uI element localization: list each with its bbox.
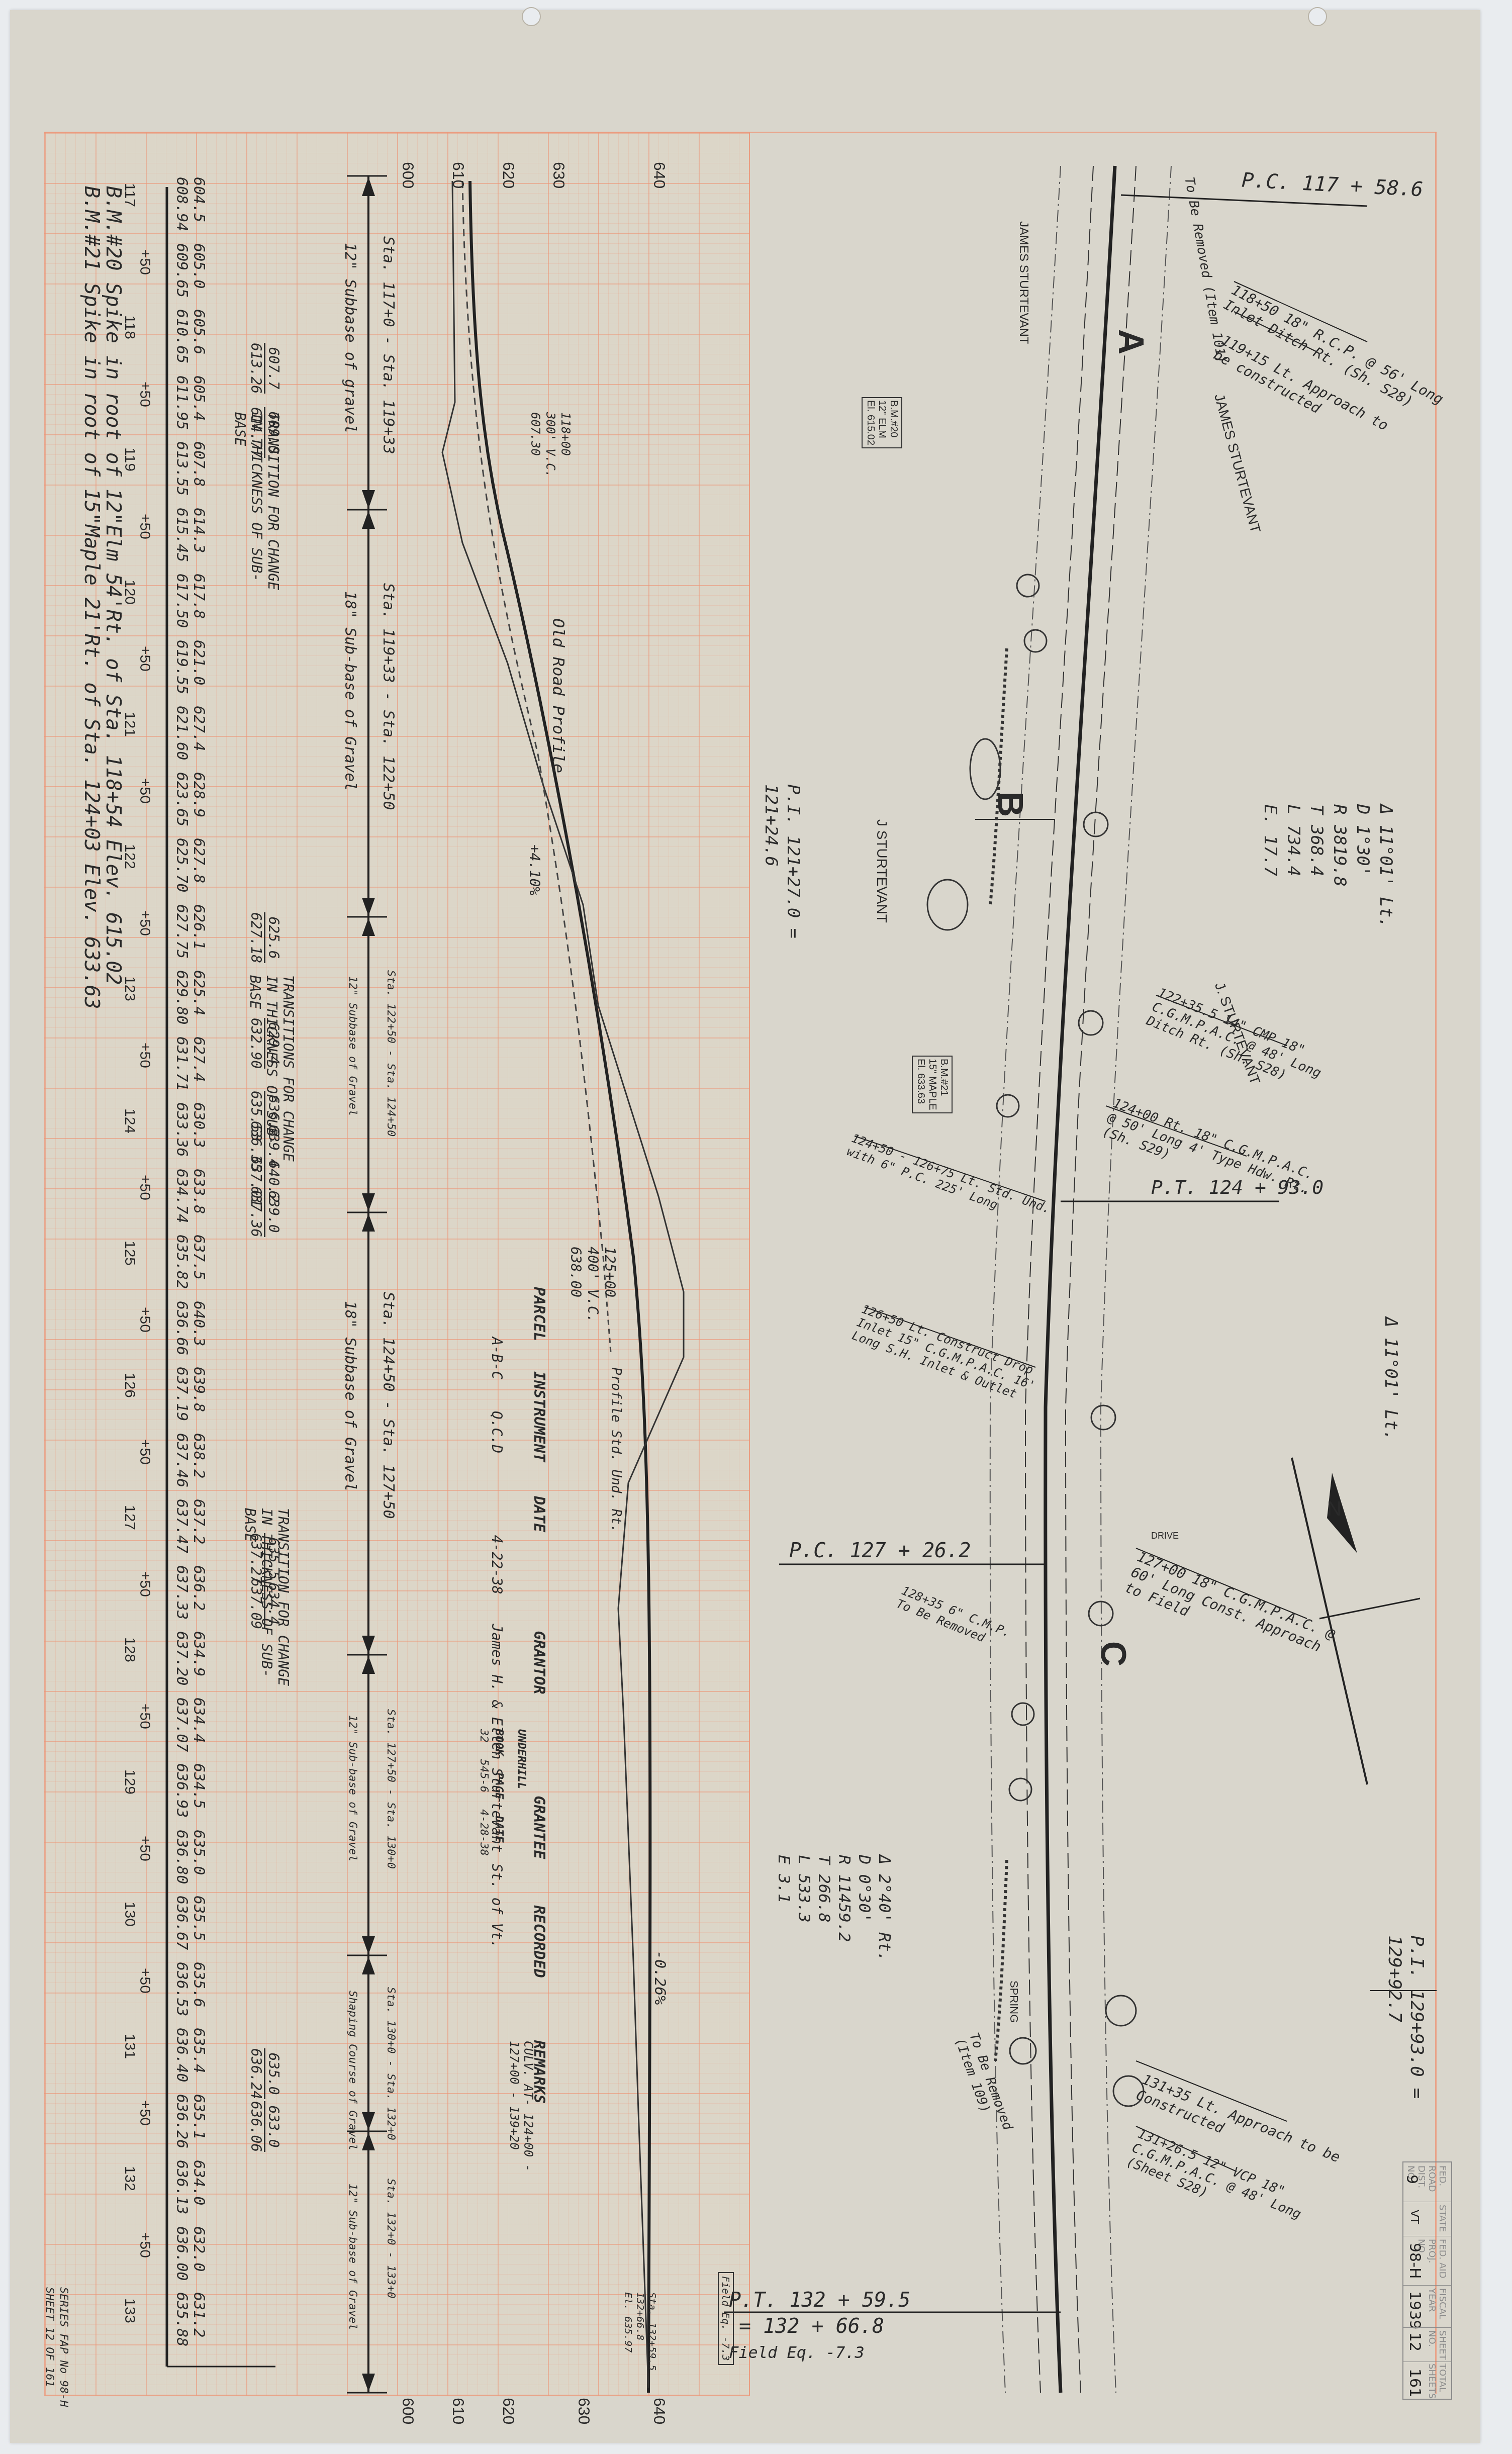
header-grantor: GRANTOR [530, 1631, 548, 1786]
ground-elevation: 639.8 [190, 1367, 207, 1421]
station-label: 120 [121, 580, 138, 605]
tb-value: 1939 [1406, 2291, 1424, 2329]
ground-elevation: 634.9 [190, 1631, 207, 1685]
station-label: +50 [136, 249, 153, 275]
pi-1-label: P.I. 121+27.0 = 121+24.6 [760, 784, 804, 938]
transition-elevation: 639.0637.36 [248, 1186, 281, 1237]
subbase-range: Sta. 127+50 - Sta. 130+0 [385, 1709, 397, 1869]
tb-label: STATE [1437, 2205, 1448, 2232]
grade-elevation: 608.94 [173, 177, 190, 231]
grade-elevation: 636.53 [173, 1962, 190, 2016]
elevation-pair: 635.6636.53 [173, 1962, 207, 2016]
tb-value: 98-H [1406, 2243, 1424, 2279]
station-label: +50 [136, 2100, 153, 2126]
elevation-pair: 607.8613.55 [173, 441, 207, 496]
grade-elevation: 613.55 [173, 441, 190, 496]
ground-elevation: 627.4 [190, 1036, 207, 1091]
station-label: 118 [121, 315, 138, 339]
station-label: 126 [121, 1373, 138, 1398]
subbase-description: 12" Subbase of gravel [341, 243, 359, 433]
grade-elevation: 609.65 [173, 243, 190, 298]
station-label: +50 [136, 1043, 153, 1068]
station-label: 127 [121, 1505, 138, 1530]
elevation-pair: 633.8634.74 [173, 1169, 207, 1223]
axis-tick-label: 610 [449, 2398, 467, 2424]
ground-elevation: 635.4 [190, 2028, 207, 2082]
ground-elevation: 635.6 [190, 1962, 207, 2016]
elevation-pair: 605.4611.95 [173, 375, 207, 430]
tb-value: VT [1408, 2210, 1421, 2224]
elevation-pair: 625.4629.80 [173, 970, 207, 1024]
station-label: 125 [121, 1241, 138, 1266]
transition-note: TRANSITION FOR CHANGE IN THICKNESS OF SU… [232, 412, 281, 593]
grade-elevation: 619.55 [173, 640, 190, 694]
transition-note: TRANSITION FOR CHANGE IN THICKNESS OF SU… [242, 1508, 292, 1689]
elevation-pair: 614.3615.45 [173, 508, 207, 562]
ground-elevation: 631.2 [190, 2292, 207, 2346]
station-label: 133 [121, 2298, 138, 2323]
grade-elevation: 636.13 [173, 2160, 190, 2214]
subbase-range: Sta. 132+0 - 133+0 [385, 2179, 397, 2298]
ground-elevation: 607.8 [190, 441, 207, 496]
station-label: 129 [121, 1769, 138, 1795]
vpi-2-label: 125+00 400' V.C. 638.00 [567, 1247, 618, 1323]
elevation-pair: 627.8625.70 [173, 838, 207, 892]
elevation-pair: 628.9623.65 [173, 772, 207, 826]
station-label: 117 [121, 183, 138, 207]
elevation-pair: 632.0636.00 [173, 2226, 207, 2281]
elevation-pair: 626.1627.75 [173, 904, 207, 959]
elevation-pair: 634.5636.93 [173, 1763, 207, 1818]
ground-elevation: 614.3 [190, 508, 207, 562]
ground-elevation: 637.5 [190, 1235, 207, 1289]
header-grantee: GRANTEE [530, 1796, 548, 1896]
tb-label: FISCAL YEAR [1427, 2288, 1448, 2323]
subbase-range: Sta. 124+50 - Sta. 127+50 [380, 1292, 397, 1519]
elevation-pair: 605.6610.65 [173, 309, 207, 363]
transition-elevation: 635.0636.24 [248, 2048, 281, 2099]
elevation-pair: 630.3633.36 [173, 1102, 207, 1157]
ground-elevation: 638.2 [190, 1433, 207, 1487]
end-station-note: Sta. 132+59.5 132+66.8 El. 635.97 [622, 2292, 658, 2371]
ground-elevation: 628.9 [190, 772, 207, 826]
station-label: +50 [136, 910, 153, 936]
subbase-description: 12" Sub-base of Gravel [346, 1715, 359, 1861]
station-label: 132 [121, 2166, 138, 2191]
grade-elevation: 631.71 [173, 1036, 190, 1091]
header-recorded: RECORDED [530, 1905, 548, 2031]
subbase-description: 12" Subbase of Gravel [346, 976, 359, 1116]
grade-elevation: 635.82 [173, 1235, 190, 1289]
axis-tick-label: 620 [499, 2398, 518, 2424]
recorded-row: 32 545-6 4-28-38 [478, 1729, 490, 1856]
parcel-letter-a: A [1111, 329, 1151, 355]
tb-label: TOTAL SHEETS [1427, 2364, 1448, 2399]
station-label: +50 [136, 514, 153, 539]
subbase-range: Sta. 122+50 - Sta. 124+50 [385, 970, 397, 1137]
transition-elevation: 607.7613.26 [248, 343, 281, 394]
grade-elevation: 637.33 [173, 1565, 190, 1620]
grade-elevation: 636.00 [173, 2226, 190, 2281]
transition-note: TRANSITIONS FOR CHANGE IN THICKNESS OF S… [247, 975, 297, 1176]
elevation-pair: 634.0636.13 [173, 2160, 207, 2214]
ground-elevation: 637.2 [190, 1499, 207, 1553]
elevation-pair: 627.4631.71 [173, 1036, 207, 1091]
station-label: +50 [136, 382, 153, 407]
ground-elevation: 636.2 [190, 1565, 207, 1620]
station-label: +50 [136, 1439, 153, 1465]
station-label: 128 [121, 1637, 138, 1662]
recorded-subheader: UNDERHILL [515, 1729, 528, 1789]
elevation-pair: 635.5636.67 [173, 1896, 207, 1950]
elevation-pair: 635.4636.40 [173, 2028, 207, 2082]
ground-elevation: 625.4 [190, 970, 207, 1024]
vpi-1-label: 118+00 300' V.C. 607.30 [528, 412, 573, 478]
ground-elevation: 635.5 [190, 1896, 207, 1950]
station-label: 123 [121, 976, 138, 1001]
grade-elevation: 637.46 [173, 1433, 190, 1487]
ground-elevation: 634.0 [190, 2160, 207, 2214]
station-label: 121 [121, 712, 138, 737]
ground-elevation: 640.3 [190, 1301, 207, 1355]
elevation-pair: 634.9637.20 [173, 1631, 207, 1685]
transition-elevation: 633.0636.06 [248, 2101, 281, 2152]
title-block: FED. ROAD DIST. NO. 9 STATE VT FED. AID … [1402, 2161, 1452, 2400]
elevation-pair: 637.2637.47 [173, 1499, 207, 1553]
elevation-pair: 636.2637.33 [173, 1565, 207, 1620]
subbase-range: Sta. 130+0 - Sta. 132+0 [385, 1987, 397, 2140]
axis-tick-label: 640 [650, 162, 669, 188]
grade-elevation: 633.36 [173, 1102, 190, 1157]
axis-tick-label: 600 [399, 162, 417, 188]
grade-elevation: 615.45 [173, 508, 190, 562]
grade-elevation: 617.50 [173, 574, 190, 628]
grade-elevation: 636.40 [173, 2028, 190, 2082]
grade-elevation: 629.80 [173, 970, 190, 1024]
axis-tick-label: 640 [650, 2398, 669, 2424]
ground-elevation: 605.6 [190, 309, 207, 363]
station-label: 130 [121, 1902, 138, 1927]
grade-elevation: 636.80 [173, 1830, 190, 1884]
elevation-pair: 639.8637.19 [173, 1367, 207, 1421]
axis-tick-label: 630 [575, 2398, 593, 2424]
tb-label: FED. ROAD DIST. NO. [1405, 2165, 1448, 2206]
elevation-pair: 621.0619.55 [173, 640, 207, 694]
grade-elevation: 621.60 [173, 706, 190, 760]
parcel-table: PARCEL INSTRUMENT DATE GRANTOR GRANTEE R… [530, 1287, 548, 2104]
station-label: +50 [136, 1307, 153, 1333]
curve-1-data: Δ 11°01' Lt. [1379, 1317, 1402, 1441]
grade-elevation: 637.07 [173, 1697, 190, 1752]
bm-box-21: B.M.#21 15" MAPLE El. 633.63 [912, 1056, 953, 1113]
profile-std-und-label: Profile Std. Und. Rt. [608, 1367, 623, 1533]
ground-elevation: 605.0 [190, 243, 207, 298]
bm-box-20: B.M.#20 12" ELM El. 615.02 [862, 397, 902, 448]
ground-elevation: 633.8 [190, 1169, 207, 1223]
grade-elevation: 637.20 [173, 1631, 190, 1685]
station-label: +50 [136, 1968, 153, 1994]
station-label: +50 [136, 1571, 153, 1597]
ground-elevation: 627.4 [190, 706, 207, 760]
subbase-range: Sta. 117+0 - Sta. 119+33 [380, 236, 397, 454]
ground-elevation: 630.3 [190, 1102, 207, 1157]
subbase-description: Shaping Course of Gravel [346, 1991, 359, 2150]
tb-value: 9 [1403, 2175, 1421, 2184]
grade-label-2: -0.26% [651, 1950, 669, 2005]
grade-elevation: 636.67 [173, 1896, 190, 1950]
axis-tick-label: 600 [399, 2398, 417, 2424]
drive-label: DRIVE [1151, 1531, 1179, 1541]
grade-elevation: 627.75 [173, 904, 190, 959]
header-instrument: INSTRUMENT [530, 1371, 548, 1487]
grade-elevation: 635.88 [173, 2292, 190, 2346]
ground-elevation: 626.1 [190, 904, 207, 959]
elevation-pair: 635.1636.26 [173, 2094, 207, 2148]
station-label: 122 [121, 844, 138, 869]
parcel-remarks: CULV. AT- 124+00 - 127+00 - 139+20 [507, 2041, 535, 2182]
ground-elevation: 635.0 [190, 1830, 207, 1884]
elevation-pair: 635.0636.80 [173, 1830, 207, 1884]
subbase-description: 18" Subbase of Gravel [341, 1301, 359, 1491]
tb-label: SHEET NO. [1427, 2330, 1448, 2361]
pi-2-label: P.I. 129+93.0 = 129+92.7 [1383, 1935, 1428, 2099]
ground-elevation: 617.8 [190, 574, 207, 628]
station-label: +50 [136, 778, 153, 804]
parcel-letter-b: B [990, 792, 1030, 817]
subbase-description: 12" Sub-base of Gravel [346, 2184, 359, 2330]
station-label: +50 [136, 1704, 153, 1729]
elevation-pair: 631.2635.88 [173, 2292, 207, 2346]
curve-2-data: Δ 2°40' Rt. D 0°30' R 11459.2 T 266.8 L … [774, 1855, 895, 1961]
benchmark-note-21: B.M.#21 Spike in root of 15"Maple 21'Rt.… [80, 186, 103, 1009]
ground-elevation: 634.4 [190, 1697, 207, 1752]
header-parcel: PARCEL [530, 1287, 548, 1362]
axis-tick-label: 620 [499, 162, 518, 188]
parcel-letter-c: C [1093, 1641, 1133, 1667]
owner-label: JAMES STURTEVANT [1016, 221, 1030, 344]
axis-tick-label: 610 [449, 162, 467, 188]
grade-elevation: 634.74 [173, 1169, 190, 1223]
elevation-pair: 637.5635.82 [173, 1235, 207, 1289]
series-note: SERIES FAP No 98-H SHEET 12 OF 161 [42, 2287, 70, 2407]
curve-1-data: Δ 11°01' Lt. D 1°30' R 3819.8 T 368.4 L … [1259, 804, 1397, 928]
station-label: +50 [136, 646, 153, 672]
grade-elevation: 636.66 [173, 1301, 190, 1355]
ground-elevation: 604.5 [190, 177, 207, 231]
elevation-pair: 634.4637.07 [173, 1697, 207, 1752]
grade-elevation: 625.70 [173, 838, 190, 892]
station-label: +50 [136, 1175, 153, 1200]
elevation-pair: 640.3636.66 [173, 1301, 207, 1355]
grade-elevation: 611.95 [173, 375, 190, 430]
recorded-values: BOOK PAGE DATE [493, 1729, 505, 1842]
station-label: +50 [136, 2232, 153, 2258]
grade-elevation: 636.93 [173, 1763, 190, 1818]
ground-elevation: 635.1 [190, 2094, 207, 2148]
header-date: DATE [530, 1496, 548, 1622]
ground-elevation: 627.8 [190, 838, 207, 892]
tb-value: 12 [1406, 2332, 1424, 2351]
elevation-pair: 604.5608.94 [173, 177, 207, 231]
grade-elevation: 636.26 [173, 2094, 190, 2148]
tb-value: 161 [1406, 2369, 1424, 2397]
ground-elevation: 632.0 [190, 2226, 207, 2281]
grade-elevation: 623.65 [173, 772, 190, 826]
station-label: 119 [121, 447, 138, 471]
elevation-pair: 627.4621.60 [173, 706, 207, 760]
north-arrow-label: N [1327, 1498, 1342, 1521]
elevation-pair: 638.2637.46 [173, 1433, 207, 1487]
station-label: 124 [121, 1108, 138, 1134]
station-label: +50 [136, 1836, 153, 1861]
ground-elevation: 605.4 [190, 375, 207, 430]
ground-elevation: 621.0 [190, 640, 207, 694]
grade-elevation: 637.47 [173, 1499, 190, 1553]
grade-label-1: +4.10% [526, 844, 543, 895]
subbase-description: 18" Sub-base of Gravel [341, 591, 359, 791]
grade-elevation: 610.65 [173, 309, 190, 363]
transition-elevation: 625.6627.18 [248, 912, 281, 963]
elevation-pair: 605.0609.65 [173, 243, 207, 298]
station-label: 131 [121, 2034, 138, 2059]
subbase-range: Sta. 119+33 - Sta. 122+50 [380, 583, 397, 810]
ground-elevation: 634.5 [190, 1763, 207, 1818]
pt-2-label: P.T. 132 + 59.5 = 132 + 66.8 Field Eq. -… [729, 2287, 910, 2366]
axis-tick-label: 630 [549, 162, 568, 188]
old-road-profile-label: Old Road Profile [549, 618, 568, 773]
spring-label: SPRING [1007, 1980, 1020, 2023]
grade-elevation: 637.19 [173, 1367, 190, 1421]
owner-label: J STURTEVANT [874, 819, 890, 923]
elevation-pair: 617.8617.50 [173, 574, 207, 628]
pc-2-label: P.C. 127 + 26.2 [789, 1539, 971, 1562]
